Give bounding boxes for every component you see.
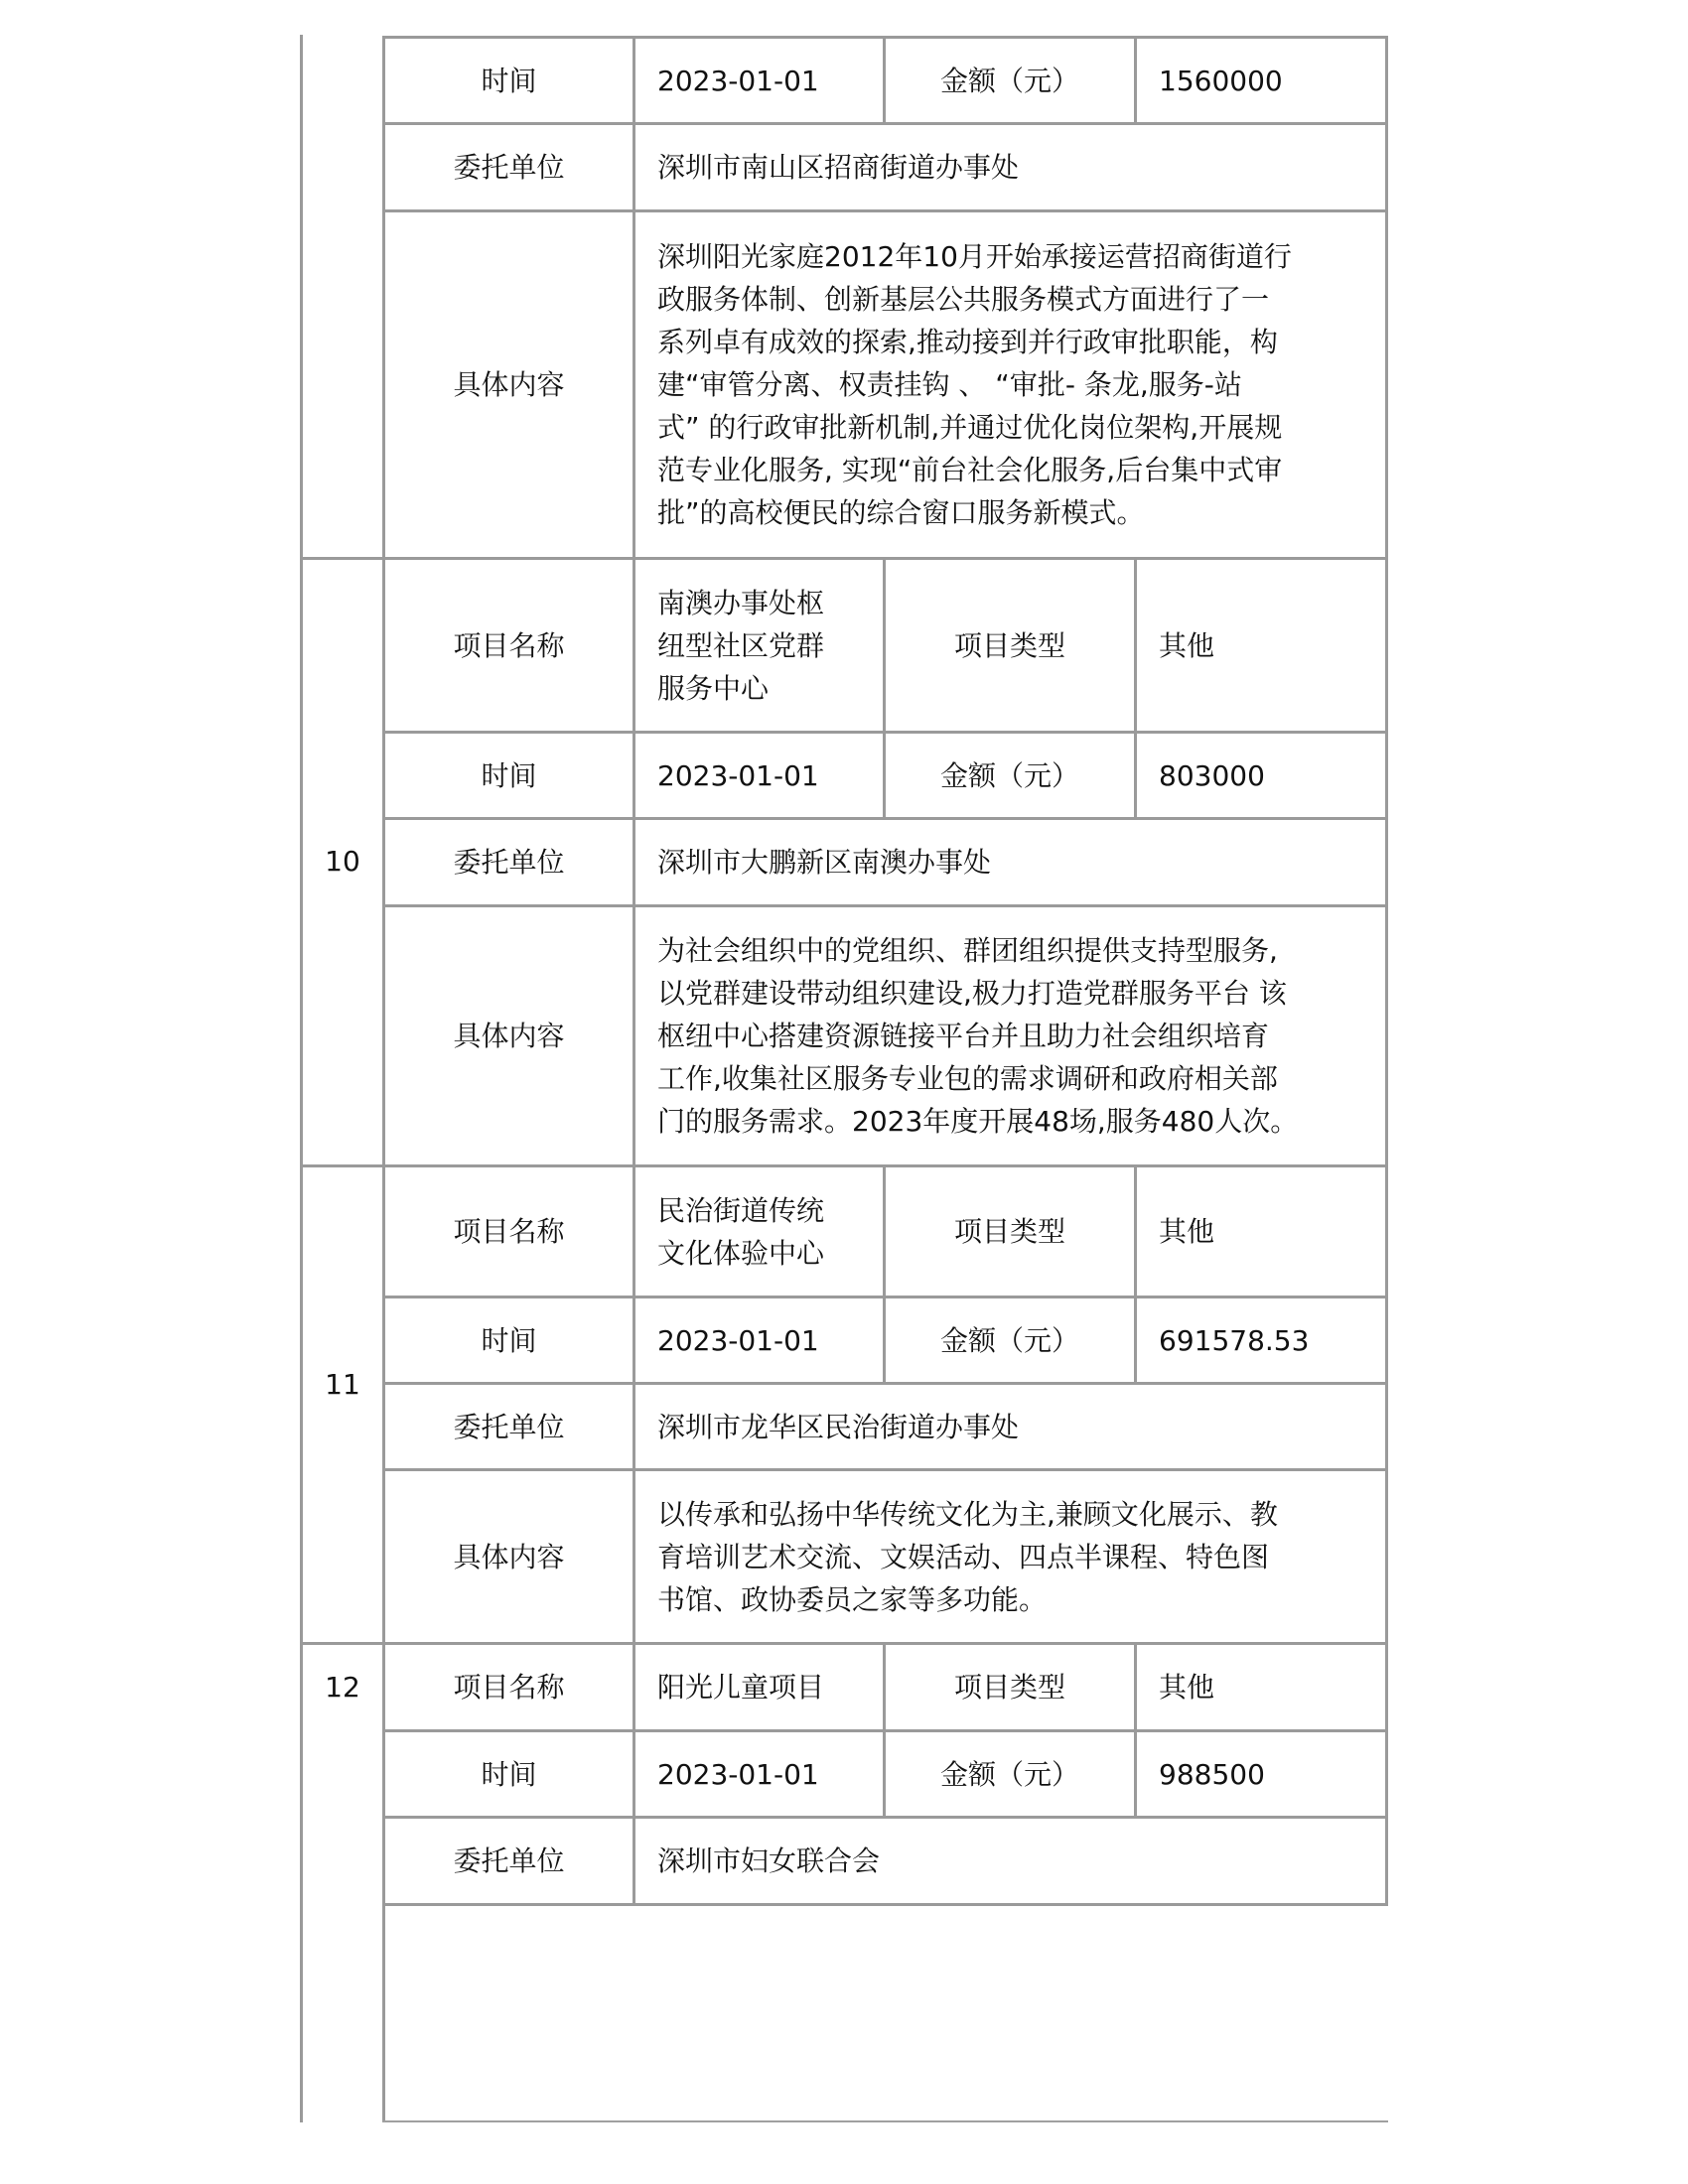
record-number-text: 11 <box>325 1365 360 1405</box>
label-text: 金额（元） <box>940 1319 1079 1362</box>
label-content: 具体内容 <box>385 1471 633 1642</box>
label-project-name: 项目名称 <box>385 1167 633 1296</box>
label-text: 时间 <box>481 754 536 797</box>
amount-value: 691578.53 <box>1137 1298 1385 1382</box>
content-line: 书馆、政协委员之家等多功能。 <box>657 1578 1278 1621</box>
amount-value: 803000 <box>1137 734 1385 817</box>
content-line: 工作,收集社区服务专业包的需求调研和政府相关部 <box>657 1057 1298 1100</box>
label-amount: 金额（元） <box>886 1732 1134 1816</box>
content-line: 范专业化服务, 实现“前台社会化服务,后台集中式审 <box>657 449 1292 491</box>
content-line: 以党群建设带动组织建设,极力打造党群服务平台 该 <box>657 972 1298 1015</box>
label-amount: 金额（元） <box>886 1298 1134 1382</box>
label-project-type: 项目类型 <box>886 560 1134 731</box>
amount-text: 803000 <box>1159 754 1265 797</box>
record-number-text: 10 <box>325 842 360 882</box>
label-text: 具体内容 <box>453 363 564 406</box>
client-text: 深圳市龙华区民治街道办事处 <box>657 1406 1019 1448</box>
project-type-value: 其他 <box>1137 1167 1385 1296</box>
label-text: 委托单位 <box>453 146 564 189</box>
label-text: 具体内容 <box>453 1015 564 1057</box>
label-text: 项目类型 <box>954 1210 1065 1253</box>
time-text: 2023-01-01 <box>657 754 819 797</box>
label-time: 时间 <box>385 39 633 122</box>
project-name-line: 服务中心 <box>657 667 824 710</box>
label-client: 委托单位 <box>385 820 633 904</box>
label-text: 时间 <box>481 1753 536 1796</box>
amount-text: 1560000 <box>1159 60 1283 102</box>
project-name-text: 南澳办事处枢 纽型社区党群 服务中心 <box>657 582 824 710</box>
project-name-line: 民治街道传统 <box>657 1189 824 1232</box>
project-type-text: 其他 <box>1159 1210 1214 1253</box>
record-number-text: 12 <box>325 1668 360 1707</box>
time-value: 2023-01-01 <box>635 1732 883 1816</box>
client-text: 深圳市南山区招商街道办事处 <box>657 146 1019 189</box>
label-project-type: 项目类型 <box>886 1645 1134 1729</box>
client-value: 深圳市南山区招商街道办事处 <box>635 125 1385 209</box>
label-client: 委托单位 <box>385 1819 633 1903</box>
label-time: 时间 <box>385 1298 633 1382</box>
time-value: 2023-01-01 <box>635 734 883 817</box>
content-value: 以传承和弘扬中华传统文化为主,兼顾文化展示、教 育培训艺术交流、文娱活动、四点半… <box>635 1471 1385 1642</box>
time-text: 2023-01-01 <box>657 60 819 102</box>
label-text: 委托单位 <box>453 841 564 884</box>
label-content: 具体内容 <box>385 907 633 1164</box>
project-type-text: 其他 <box>1159 1666 1214 1708</box>
amount-value: 988500 <box>1137 1732 1385 1816</box>
client-value: 深圳市龙华区民治街道办事处 <box>635 1385 1385 1468</box>
project-name-value: 民治街道传统 文化体验中心 <box>635 1167 883 1296</box>
content-line: 以传承和弘扬中华传统文化为主,兼顾文化展示、教 <box>657 1493 1278 1536</box>
label-text: 委托单位 <box>453 1406 564 1448</box>
project-name-line: 文化体验中心 <box>657 1232 824 1275</box>
content-line: 枢纽中心搭建资源链接平台并且助力社会组织培育 <box>657 1015 1298 1057</box>
label-amount: 金额（元） <box>886 734 1134 817</box>
content-line: 深圳阳光家庭2012年10月开始承接运营招商街道行 <box>657 235 1292 278</box>
content-paragraph: 深圳阳光家庭2012年10月开始承接运营招商街道行 政服务体制、创新基层公共服务… <box>657 235 1292 534</box>
label-text: 时间 <box>481 1319 536 1362</box>
project-name-value: 阳光儿童项目 <box>635 1645 883 1729</box>
content-value: 为社会组织中的党组织、群团组织提供支持型服务, 以党群建设带动组织建设,极力打造… <box>635 907 1385 1164</box>
content-line: 政服务体制、创新基层公共服务模式方面进行了一 <box>657 278 1292 321</box>
project-type-value: 其他 <box>1137 1645 1385 1729</box>
content-value: 深圳阳光家庭2012年10月开始承接运营招商街道行 政服务体制、创新基层公共服务… <box>635 212 1385 557</box>
label-time: 时间 <box>385 734 633 817</box>
table-outer-left-border <box>300 35 303 2122</box>
label-text: 时间 <box>481 60 536 102</box>
time-text: 2023-01-01 <box>657 1319 819 1362</box>
project-name-line: 纽型社区党群 <box>657 624 824 667</box>
content-line: 批”的高校便民的综合窗口服务新模式。 <box>657 491 1292 534</box>
label-text: 金额（元） <box>940 754 1079 797</box>
label-text: 项目名称 <box>453 1666 564 1708</box>
content-line: 门的服务需求。2023年度开展48场,服务480人次。 <box>657 1100 1298 1143</box>
record-number: 12 <box>303 1668 382 1707</box>
client-text: 深圳市大鹏新区南澳办事处 <box>657 841 991 884</box>
label-text: 项目类型 <box>954 1666 1065 1708</box>
empty-content-area <box>385 1906 1386 2120</box>
label-text: 委托单位 <box>453 1840 564 1882</box>
table-right-border <box>1385 36 1388 1906</box>
content-line: 建“审管分离、权责挂钩 、 “审批- 条龙,服务-站 <box>657 363 1292 406</box>
time-value: 2023-01-01 <box>635 39 883 122</box>
label-amount: 金额（元） <box>886 39 1134 122</box>
project-name-text: 民治街道传统 文化体验中心 <box>657 1189 824 1275</box>
label-content: 具体内容 <box>385 212 633 557</box>
content-line: 式” 的行政审批新机制,并通过优化岗位架构,开展规 <box>657 406 1292 449</box>
time-text: 2023-01-01 <box>657 1753 819 1796</box>
client-value: 深圳市大鹏新区南澳办事处 <box>635 820 1385 904</box>
label-text: 项目名称 <box>453 1210 564 1253</box>
project-type-value: 其他 <box>1137 560 1385 731</box>
project-name-value: 南澳办事处枢 纽型社区党群 服务中心 <box>635 560 883 731</box>
amount-text: 691578.53 <box>1159 1319 1309 1362</box>
label-text: 金额（元） <box>940 60 1079 102</box>
label-text: 具体内容 <box>453 1536 564 1578</box>
label-text: 项目名称 <box>453 624 564 667</box>
content-paragraph: 以传承和弘扬中华传统文化为主,兼顾文化展示、教 育培训艺术交流、文娱活动、四点半… <box>657 1493 1278 1621</box>
time-value: 2023-01-01 <box>635 1298 883 1382</box>
label-project-name: 项目名称 <box>385 1645 633 1729</box>
label-client: 委托单位 <box>385 1385 633 1468</box>
label-project-name: 项目名称 <box>385 560 633 731</box>
table-bottom-border <box>382 2120 1388 2122</box>
client-text: 深圳市妇女联合会 <box>657 1840 880 1882</box>
project-name-text: 阳光儿童项目 <box>657 1666 824 1708</box>
project-name-line: 南澳办事处枢 <box>657 582 824 624</box>
label-project-type: 项目类型 <box>886 1167 1134 1296</box>
content-paragraph: 为社会组织中的党组织、群团组织提供支持型服务, 以党群建设带动组织建设,极力打造… <box>657 929 1298 1143</box>
label-text: 项目类型 <box>954 624 1065 667</box>
label-client: 委托单位 <box>385 125 633 209</box>
project-type-text: 其他 <box>1159 624 1214 667</box>
record-number: 11 <box>303 1365 382 1405</box>
amount-value: 1560000 <box>1137 39 1385 122</box>
content-line: 为社会组织中的党组织、群团组织提供支持型服务, <box>657 929 1298 972</box>
content-line: 育培训艺术交流、文娱活动、四点半课程、特色图 <box>657 1536 1278 1578</box>
content-line: 系列卓有成效的探索,推动接到并行政审批职能，构 <box>657 321 1292 363</box>
amount-text: 988500 <box>1159 1753 1265 1796</box>
label-time: 时间 <box>385 1732 633 1816</box>
label-text: 金额（元） <box>940 1753 1079 1796</box>
project-name-line: 阳光儿童项目 <box>657 1666 824 1708</box>
client-value: 深圳市妇女联合会 <box>635 1819 1385 1903</box>
record-number: 10 <box>303 842 382 882</box>
